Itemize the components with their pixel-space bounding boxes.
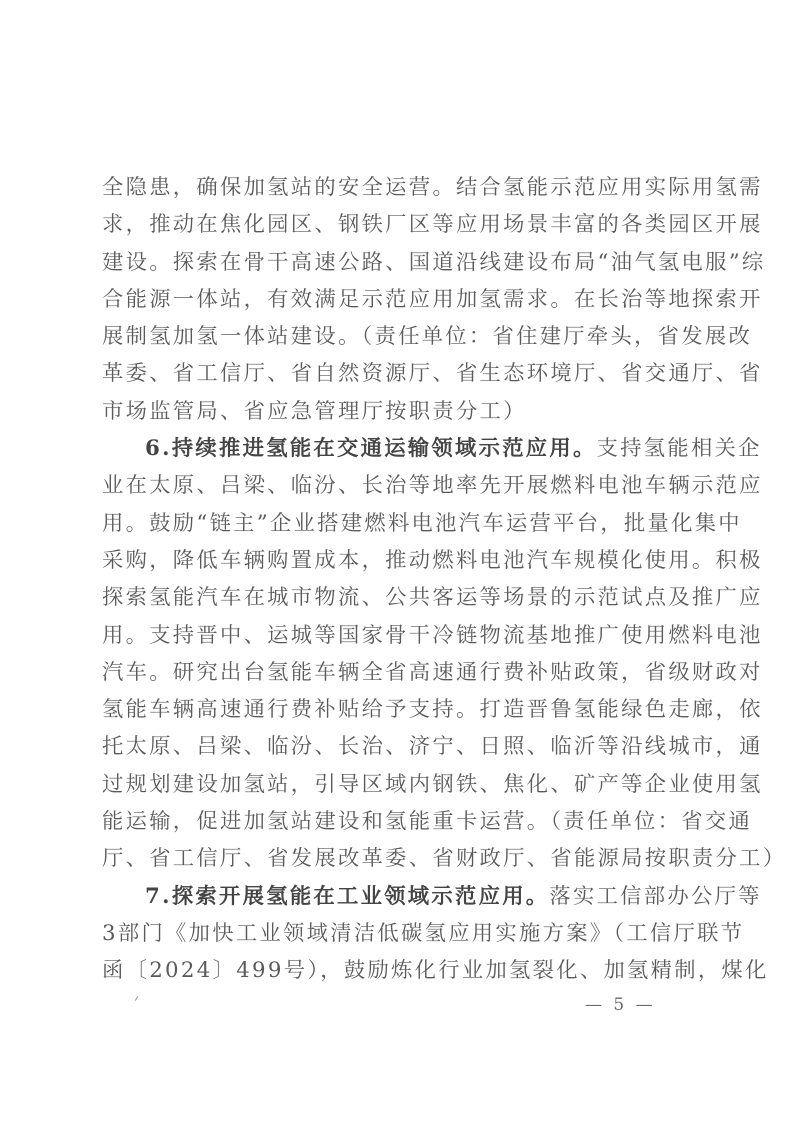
text-line: 全隐患，确保加氢站的安全运营。结合氢能示范应用实际用氢需 <box>102 169 694 206</box>
text-line: 市场监管局、省应急管理厅按职责分工） <box>102 393 694 430</box>
text-line: 能运输，促进加氢站建设和氢能重卡运营。（责任单位：省交通 <box>102 803 694 840</box>
text-line: 托太原、吕梁、临汾、长治、济宁、日照、临沂等沿线城市，通 <box>102 728 694 765</box>
text-line: 汽车。研究出台氢能车辆全省高速通行费补贴政策，省级财政对 <box>102 654 694 691</box>
body-text: 全隐患，确保加氢站的安全运营。结合氢能示范应用实际用氢需 求，推动在焦化园区、钢… <box>102 169 694 990</box>
text-line: 过规划建设加氢站，引导区域内钢铁、焦化、矿产等企业使用氢 <box>102 766 694 803</box>
text-line: 革委、省工信厅、省自然资源厅、省生态环境厅、省交通厅、省 <box>102 355 694 392</box>
item-7-heading: 7.探索开展氢能在工业领域示范应用。 <box>145 884 549 909</box>
item-6-first-line: 6.持续推进氢能在交通运输领域示范应用。支持氢能相关企 <box>102 430 694 467</box>
scan-speck <box>135 996 138 1001</box>
document-page: 全隐患，确保加氢站的安全运营。结合氢能示范应用实际用氢需 求，推动在焦化园区、钢… <box>0 0 793 1121</box>
item-7-text: 落实工信部办公厅等 <box>549 884 761 909</box>
text-line: 合能源一体站，有效满足示范应用加氢需求。在长治等地探索开 <box>102 281 694 318</box>
text-line: 用。鼓励“链主”企业搭建燃料电池汽车运营平台，批量化集中 <box>102 505 694 542</box>
text-line: 采购，降低车辆购置成本，推动燃料电池汽车规模化使用。积极 <box>102 542 694 579</box>
text-line: 求，推动在焦化园区、钢铁厂区等应用场景丰富的各类园区开展 <box>102 206 694 243</box>
item-7-first-line: 7.探索开展氢能在工业领域示范应用。落实工信部办公厅等 <box>102 878 694 915</box>
page-number: — 5 — <box>585 995 656 1015</box>
text-line: 建设。探索在骨干高速公路、国道沿线建设布局“油气氢电服”综 <box>102 244 694 281</box>
text-line: 展制氢加氢一体站建设。（责任单位：省住建厅牵头，省发展改 <box>102 318 694 355</box>
text-line: 函〔2024〕499号），鼓励炼化行业加氢裂化、加氢精制，煤化 <box>102 952 694 989</box>
text-line: 用。支持晋中、运城等国家骨干冷链物流基地推广使用燃料电池 <box>102 617 694 654</box>
text-line: 厅、省工信厅、省发展改革委、省财政厅、省能源局按职责分工） <box>102 840 694 877</box>
text-line: 氢能车辆高速通行费补贴给予支持。打造晋鲁氢能绿色走廊，依 <box>102 691 694 728</box>
item-6-heading: 6.持续推进氢能在交通运输领域示范应用。 <box>145 436 597 461</box>
text-line: 探索氢能汽车在城市物流、公共客运等场景的示范试点及推广应 <box>102 579 694 616</box>
text-line: 业在太原、吕梁、临汾、长治等地率先开展燃料电池车辆示范应 <box>102 467 694 504</box>
text-line: 3部门《加快工业领域清洁低碳氢应用实施方案》（工信厅联节 <box>102 915 694 952</box>
item-6-text: 支持氢能相关企 <box>597 436 762 461</box>
